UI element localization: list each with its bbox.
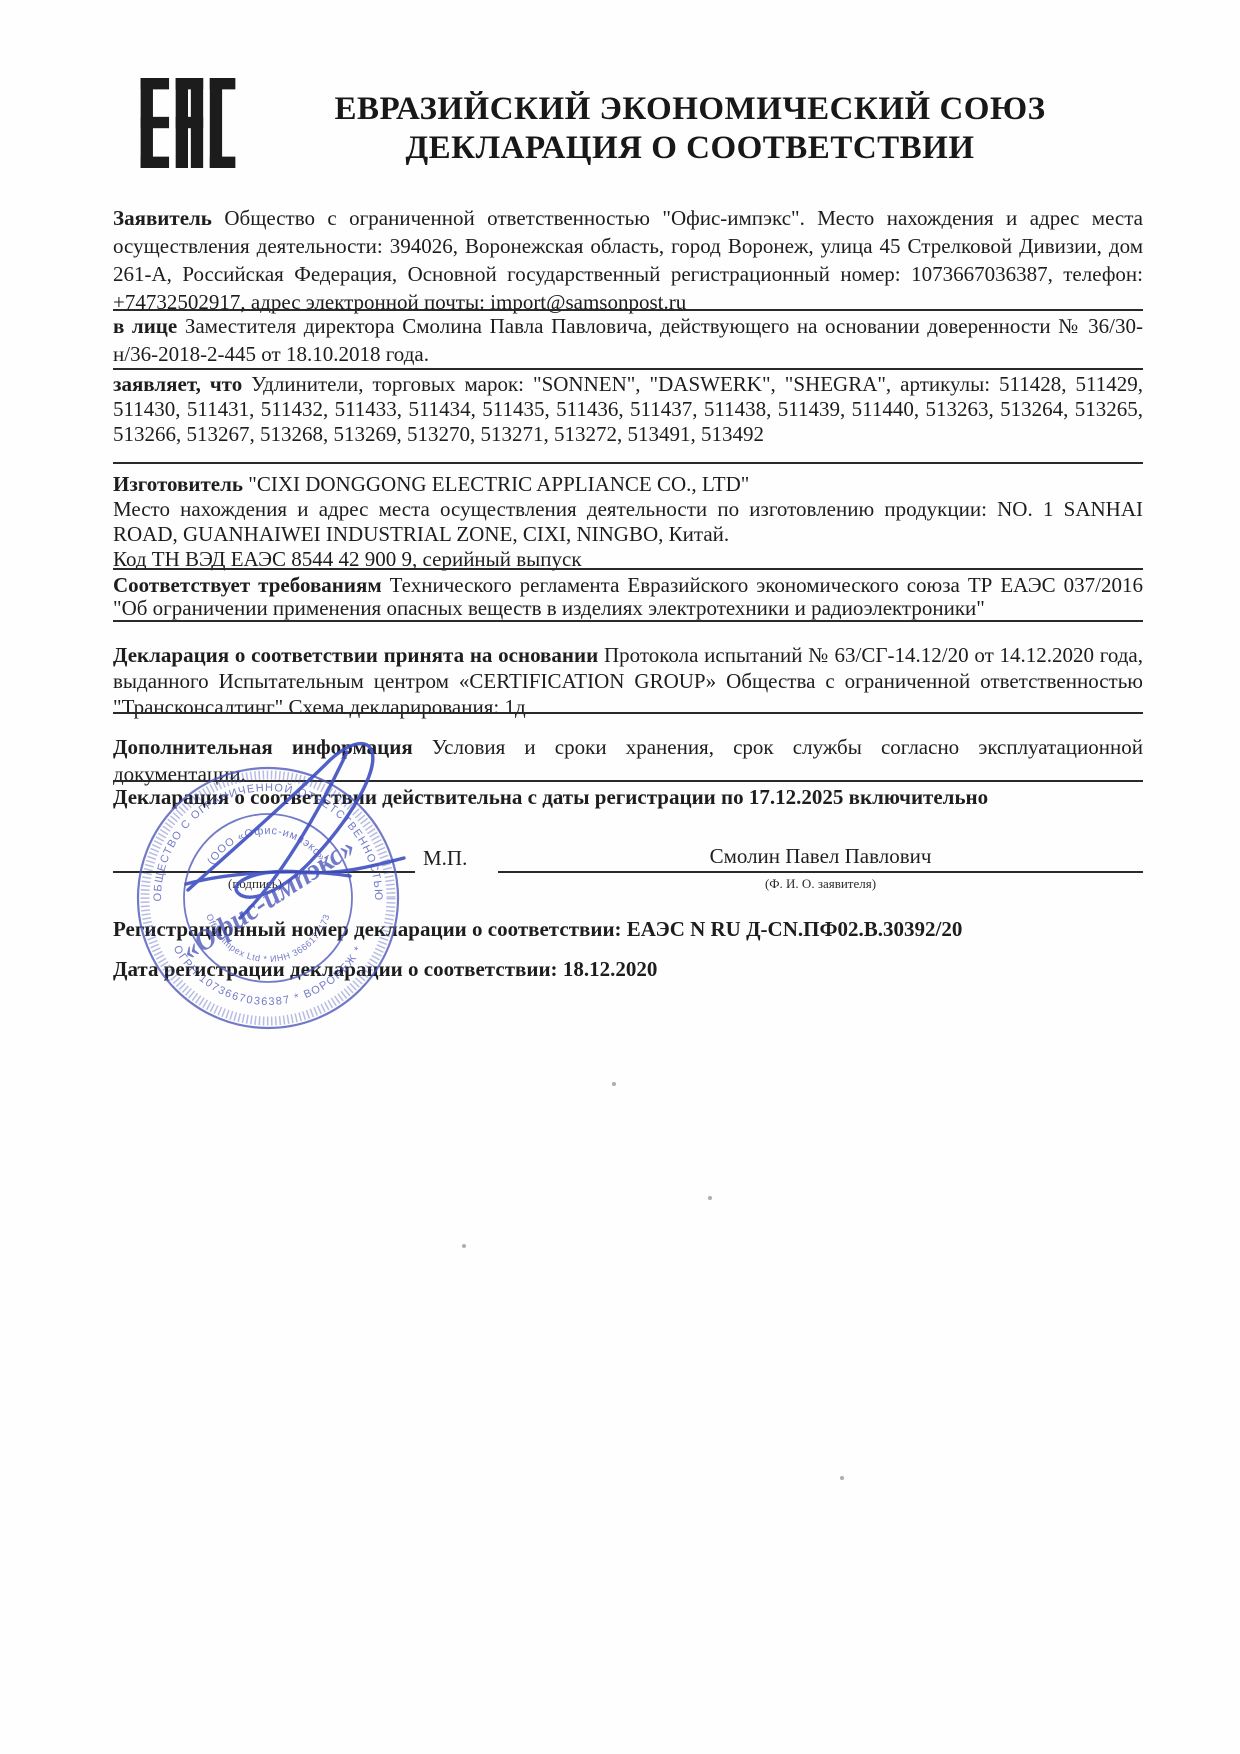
compliance-label: Соответствует требованиям — [113, 573, 382, 597]
eac-logo: ЕАС — [133, 78, 243, 168]
manufacturer-name: "CIXI DONGGONG ELECTRIC APPLIANCE CO., L… — [248, 472, 749, 496]
scan-speck — [462, 1244, 466, 1248]
signature-stroke-diagonal — [240, 752, 347, 918]
divider — [113, 568, 1143, 570]
manufacturer-section: Изготовитель "CIXI DONGGONG ELECTRIC APP… — [113, 472, 1143, 572]
representative-label: в лице — [113, 314, 177, 338]
divider — [113, 462, 1143, 464]
representative-text: Заместителя директора Смолина Павла Павл… — [113, 314, 1143, 366]
divider — [113, 368, 1143, 370]
scan-speck — [708, 1196, 712, 1200]
signature-stroke-flourish — [186, 872, 350, 884]
basis-label: Декларация о соответствии принята на осн… — [113, 643, 598, 667]
eac-logo-glyphs — [141, 78, 236, 168]
scan-speck — [840, 1476, 844, 1480]
product-text: Удлинители, торговых марок: "SONNEN", "D… — [113, 372, 1143, 446]
product-section: заявляет, что Удлинители, торговых марок… — [113, 372, 1143, 447]
manufacturer-address: Место нахождения и адрес места осуществл… — [113, 497, 1143, 547]
representative-section: в лице Заместителя директора Смолина Пав… — [113, 312, 1143, 368]
applicant-text: Общество с ограниченной ответственностью… — [113, 206, 1143, 314]
divider — [113, 620, 1143, 622]
compliance-section: Соответствует требованиям Технического р… — [113, 574, 1143, 620]
title-line-union: ЕВРАЗИЙСКИЙ ЭКОНОМИЧЕСКИЙ СОЮЗ — [240, 90, 1140, 129]
divider — [113, 309, 1143, 311]
declarant-name-line — [498, 871, 1143, 873]
handwritten-signature — [150, 700, 470, 940]
registration-date-value: 18.12.2020 — [563, 957, 658, 981]
signature-stroke-loop — [188, 744, 404, 898]
applicant-section: Заявитель Общество с ограниченной ответс… — [113, 204, 1143, 316]
registration-number-value: ЕАЭС N RU Д-CN.ПФ02.В.30392/20 — [627, 917, 963, 941]
applicant-label: Заявитель — [113, 206, 212, 230]
scan-speck — [612, 1082, 616, 1086]
manufacturer-label: Изготовитель — [113, 472, 243, 496]
manufacturer-line: Изготовитель "CIXI DONGGONG ELECTRIC APP… — [113, 472, 1143, 497]
document-title: ЕВРАЗИЙСКИЙ ЭКОНОМИЧЕСКИЙ СОЮЗ ДЕКЛАРАЦИ… — [240, 90, 1140, 168]
product-label: заявляет, что — [113, 372, 242, 396]
title-line-declaration: ДЕКЛАРАЦИЯ О СООТВЕТСТВИИ — [240, 129, 1140, 168]
declaration-document: ЕАС ЕВРАЗИЙСКИЙ ЭКОНОМИЧЕСКИЙ СОЮЗ ДЕКЛА… — [0, 0, 1240, 1754]
declarant-name: Смолин Павел Павлович — [498, 844, 1143, 869]
declarant-name-caption: (Ф. И. О. заявителя) — [498, 876, 1143, 892]
